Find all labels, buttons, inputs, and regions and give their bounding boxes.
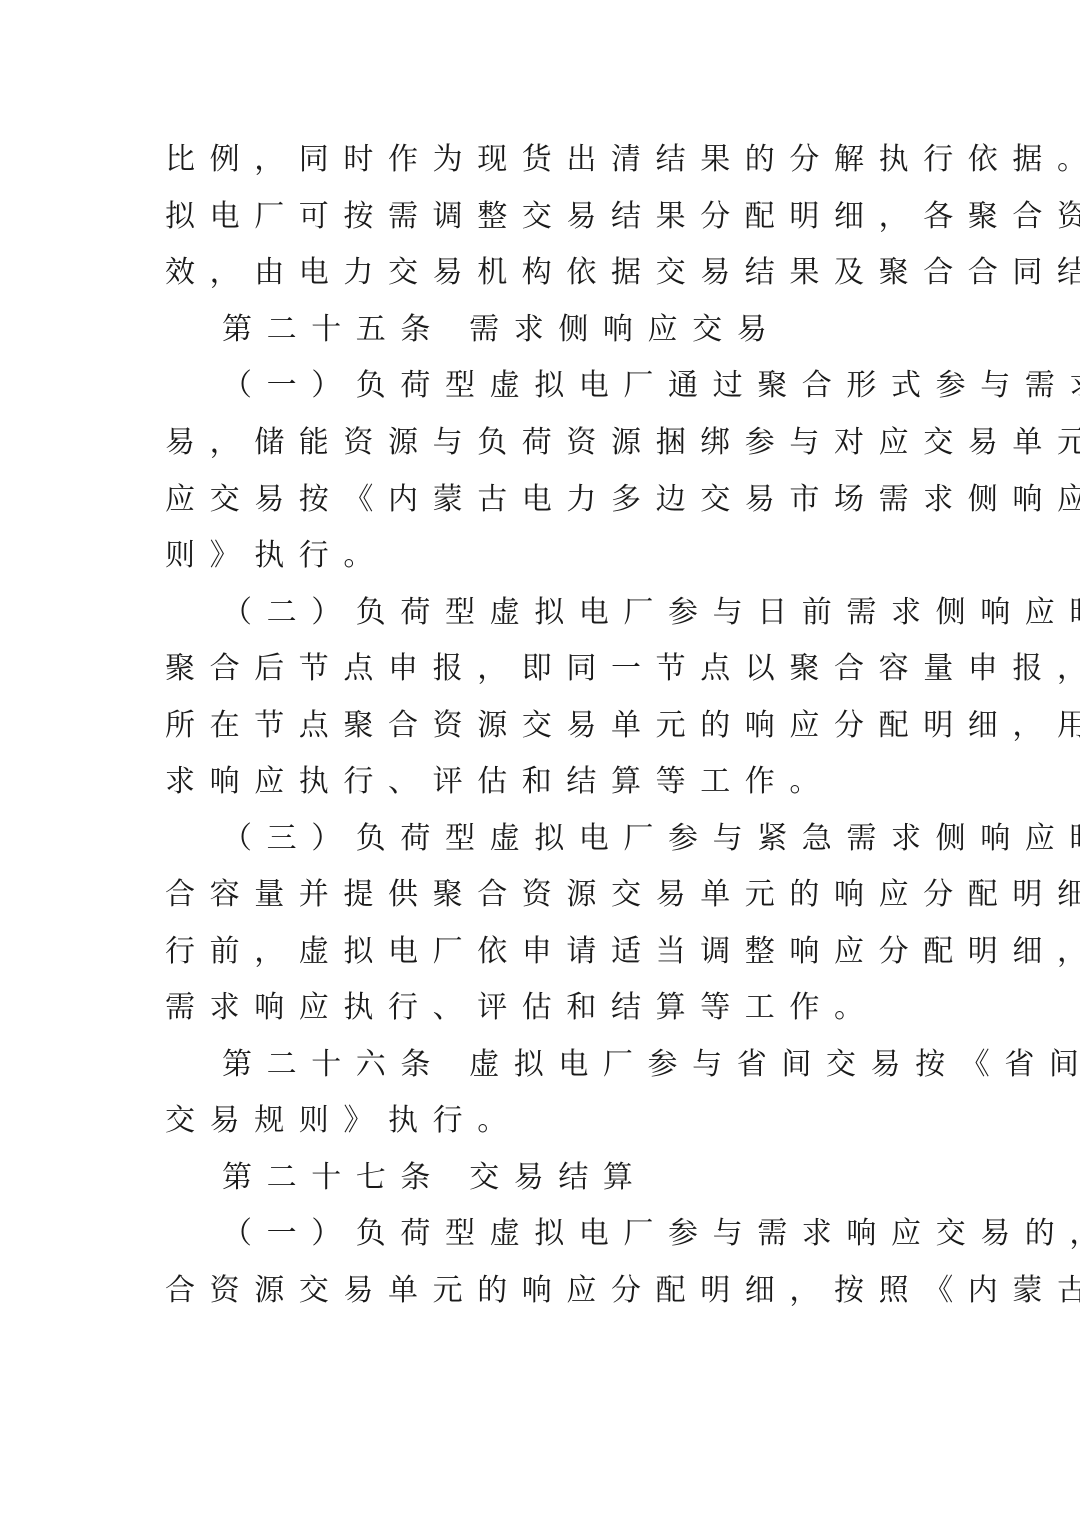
paragraph-line: 交易规则》执行。 xyxy=(165,1101,945,1141)
paragraph-line: 合容量并提供聚合资源交易单元的响应分配明细。在实际执 xyxy=(165,875,945,915)
paragraph-line: 聚合后节点申报，即同一节点以聚合容量申报，同时应提供 xyxy=(165,649,945,689)
paragraph-line: 合资源交易单元的响应分配明细，按照《内蒙古电力多边交 xyxy=(165,1271,945,1311)
paragraph-line: 拟电厂可按需调整交易结果分配明细，各聚合资源确认后生 xyxy=(165,197,945,237)
paragraph-line: 求响应执行、评估和结算等工作。 xyxy=(165,762,945,802)
paragraph-line: 所在节点聚合资源交易单元的响应分配明细，用于各单元需 xyxy=(165,706,945,746)
paragraph-line: （一）负荷型虚拟电厂通过聚合形式参与需求侧响应交 xyxy=(222,366,1002,406)
paragraph-line: 易，储能资源与负荷资源捆绑参与对应交易单元的需求侧响 xyxy=(165,423,945,463)
paragraph-line: 需求响应执行、评估和结算等工作。 xyxy=(165,988,945,1028)
paragraph-line: 应交易按《内蒙古电力多边交易市场需求侧响应交易实施细 xyxy=(165,480,945,520)
article-heading-25: 第二十五条 需求侧响应交易 xyxy=(222,310,1002,350)
document-page: 比例，同时作为现货出清结果的分解执行依据。在结算前虚 拟电厂可按需调整交易结果分… xyxy=(0,0,1080,1528)
paragraph-line: 效，由电力交易机构依据交易结果及聚合合同结算至各单元。 xyxy=(165,253,945,293)
paragraph-line: （三）负荷型虚拟电厂参与紧急需求侧响应时，申报聚 xyxy=(222,819,1002,859)
paragraph-line: 则》执行。 xyxy=(165,536,945,576)
paragraph-line: （一）负荷型虚拟电厂参与需求响应交易的，根据各聚 xyxy=(222,1214,1002,1254)
paragraph-line: 比例，同时作为现货出清结果的分解执行依据。在结算前虚 xyxy=(165,140,945,180)
article-heading-27: 第二十七条 交易结算 xyxy=(222,1158,1002,1198)
paragraph-line: （二）负荷型虚拟电厂参与日前需求侧响应时，应按照 xyxy=(222,593,1002,633)
paragraph-line: 行前，虚拟电厂依申请适当调整响应分配明细，用于各单元 xyxy=(165,932,945,972)
article-heading-26: 第二十六条 虚拟电厂参与省间交易按《省间电力现货 xyxy=(222,1045,1002,1085)
